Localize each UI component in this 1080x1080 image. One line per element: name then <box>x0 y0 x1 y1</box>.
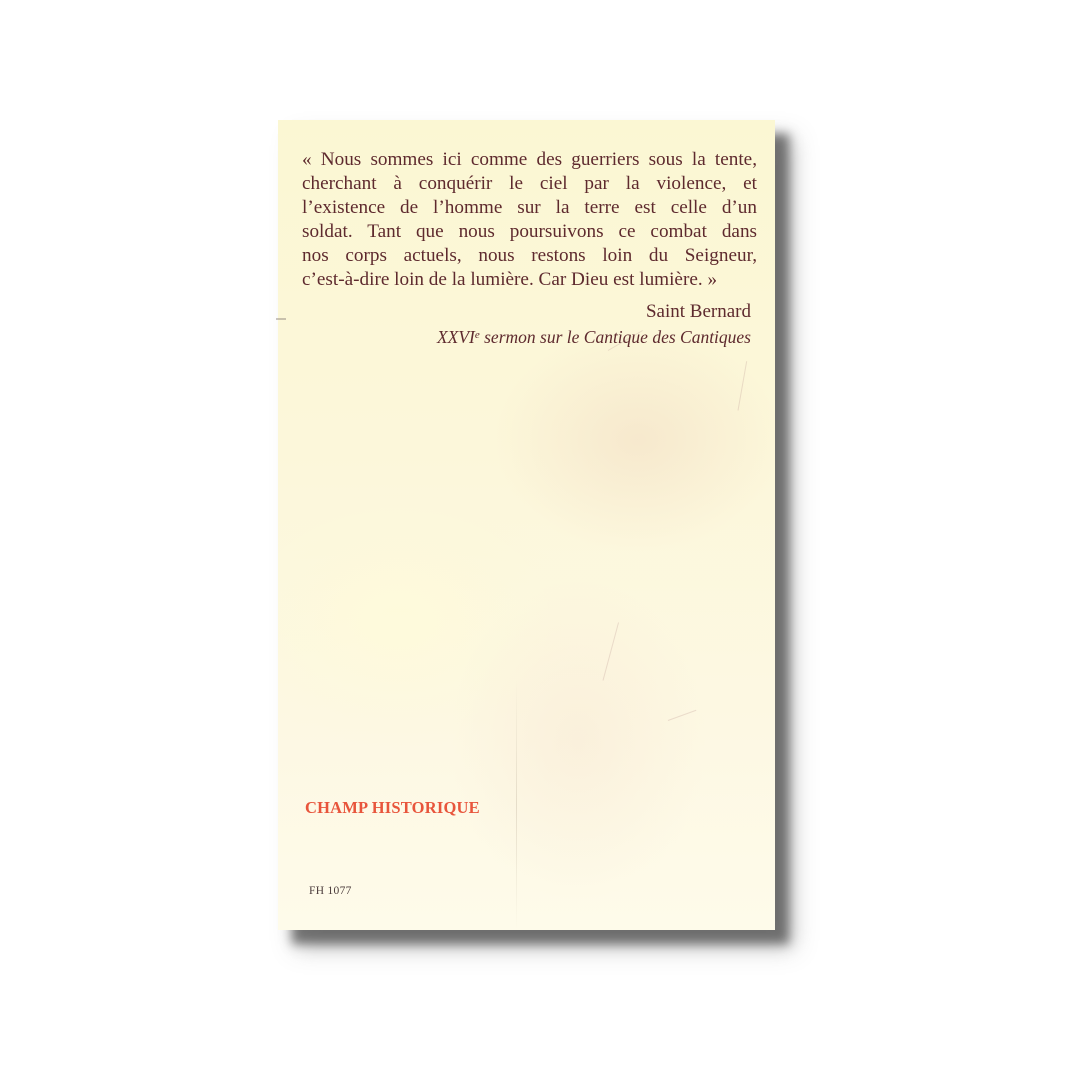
paper-crease <box>516 680 517 930</box>
collection-name: CHAMP HISTORIQUE <box>305 798 480 818</box>
source-numeral: XXVI <box>437 327 475 347</box>
book-back-cover: « Nous sommes ici comme des guerriers so… <box>278 120 775 930</box>
quote-line: c’est-à-dire loin de la lumière. Car Die… <box>302 268 757 292</box>
edge-mark <box>276 318 286 320</box>
paper-scratch <box>668 710 697 721</box>
quote-line: « Nous sommes ici comme des guerriers so… <box>302 148 757 172</box>
quote-line: cherchant à conquérir le ciel par la vio… <box>302 172 757 196</box>
paper-scratch <box>603 622 619 680</box>
quote-line: soldat. Tant que nous poursuivons ce com… <box>302 220 757 244</box>
paper-scratch <box>738 361 748 410</box>
source-text: sermon sur le Cantique des Cantiques <box>480 327 751 347</box>
epigraph-quote: « Nous sommes ici comme des guerriers so… <box>302 148 757 292</box>
quote-source: XXVIe sermon sur le Cantique des Cantiqu… <box>437 327 751 348</box>
quote-line: nos corps actuels, nous restons loin du … <box>302 244 757 268</box>
quote-line: l’existence de l’homme sur la terre est … <box>302 196 757 220</box>
stage: « Nous sommes ici comme des guerriers so… <box>0 0 1080 1080</box>
catalog-code: FH 1077 <box>309 885 352 897</box>
quote-attribution: Saint Bernard <box>646 301 751 323</box>
